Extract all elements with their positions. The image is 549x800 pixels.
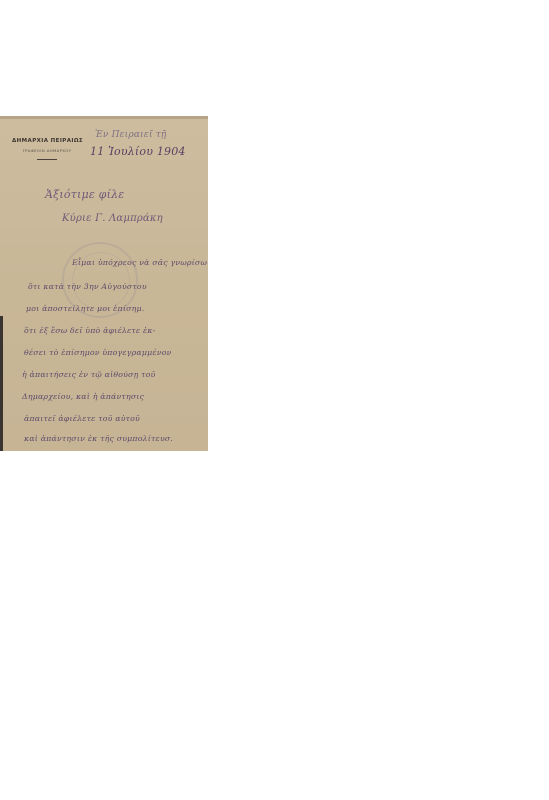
body-line: θέσει τὸ ἐπίσημον ὑπογεγραμμένον bbox=[24, 348, 172, 357]
body-line: Δημαρχείου, καὶ ἡ ἀπάντησις bbox=[22, 392, 144, 401]
body-line: ἡ ἀπαιτήσεις ἐν τῷ αἰθούσῃ τοῦ bbox=[22, 370, 155, 379]
body-line: ὅτι ἐξ ἔσω δεῖ ὑπὸ ἀφιέλετε ἐκ- bbox=[24, 326, 156, 335]
salutation-line-2: Κύριε Γ. Λαμπράκη bbox=[62, 213, 163, 224]
letterhead-subtitle: ΓΡΑΦΕΙΟΝ ΔΗΜΑΡΧΟΥ bbox=[12, 148, 82, 153]
body-line: καὶ ἀπάντησιν ἐκ τῆς συμπολίτευσ. bbox=[24, 434, 173, 443]
letterhead-rule bbox=[37, 159, 57, 160]
body-line: ἀπαιτεῖ ἀφιέλετε τοῦ αὐτοῦ bbox=[24, 414, 140, 423]
salutation-line-1: Ἀξιότιμε φίλε bbox=[45, 188, 124, 201]
letterhead-title: ΔΗΜΑΡΧΙΑ ΠΕΙΡΑΙΩΣ bbox=[12, 138, 82, 144]
letter-page: ΔΗΜΑΡΧΙΑ ΠΕΙΡΑΙΩΣ ΓΡΑΦΕΙΟΝ ΔΗΜΑΡΧΟΥ Ἐν Π… bbox=[0, 116, 208, 451]
body-line: Εἶμαι ὑπόχρεος νὰ σᾶς γνωρίσω bbox=[72, 258, 207, 267]
place-line: Ἐν Πειραιεῖ τῇ bbox=[95, 130, 167, 140]
letterhead: ΔΗΜΑΡΧΙΑ ΠΕΙΡΑΙΩΣ ΓΡΑΦΕΙΟΝ ΔΗΜΑΡΧΟΥ bbox=[12, 138, 82, 160]
body-line: μοι ἀποστείλητε μοι ἐπίσημ. bbox=[26, 304, 144, 313]
page-edge bbox=[0, 116, 208, 119]
binding-strip bbox=[0, 316, 3, 451]
date-line: 11 Ἰουλίου 1904 bbox=[90, 145, 186, 158]
body-line: ὅτι κατὰ τὴν 3ην Αὐγούστου bbox=[28, 282, 147, 291]
